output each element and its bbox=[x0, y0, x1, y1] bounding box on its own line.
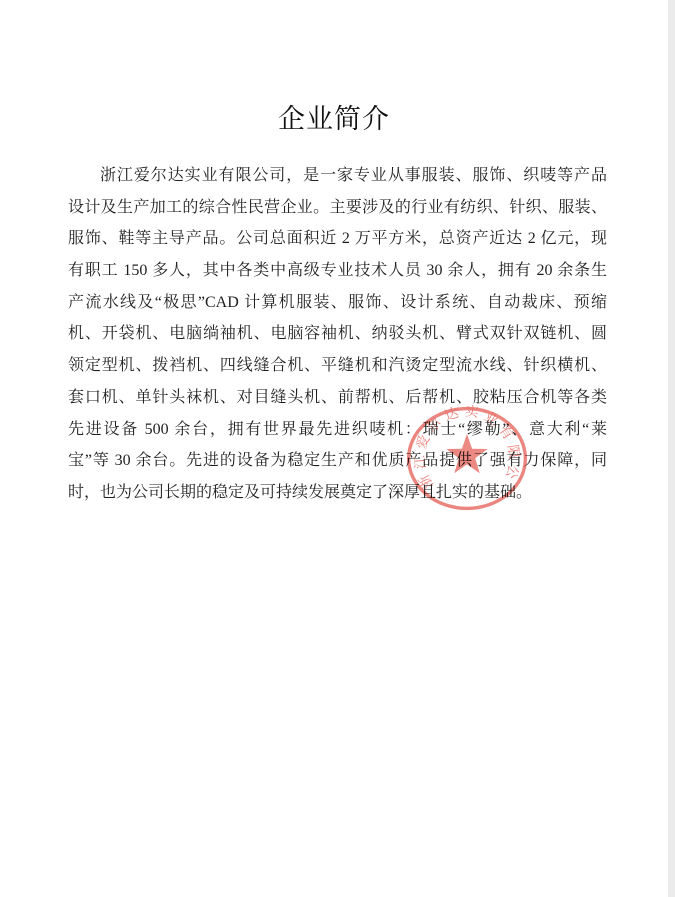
paragraph-line: 有职工 150 多人，其中各类中高级专业技术人员 30 余人，拥有 20 余条生 bbox=[68, 255, 607, 287]
paragraph-line: 产流水线及“极思”CAD 计算机服装、服饰、设计系统、自动裁床、预缩 bbox=[68, 287, 607, 319]
paragraph-line: 先进设备 500 余台，拥有世界最先进织唛机：瑞士“缪勒”、意大利“莱 bbox=[68, 414, 607, 446]
page-title: 企业简介 bbox=[0, 97, 668, 136]
paragraph-line: 套口机、单针头袜机、对目缝头机、前帮机、后帮机、胶粘压合机等各类 bbox=[68, 382, 607, 414]
paragraph-line: 设计及生产加工的综合性民营企业。主要涉及的行业有纺织、针织、服装、 bbox=[68, 192, 607, 224]
paragraph-line: 领定型机、拨裆机、四线缝合机、平缝机和汽烫定型流水线、针织横机、 bbox=[68, 350, 607, 382]
paragraph-line: 服饰、鞋等主导产品。公司总面积近 2 万平方米，总资产近达 2 亿元，现 bbox=[68, 223, 607, 255]
viewport-edge-strip bbox=[668, 0, 675, 897]
document-page: 企业简介 浙江爱尔达实业有限公司，是一家专业从事服装、服饰、织唛等产品 设计及生… bbox=[0, 0, 675, 897]
company-intro-paragraph: 浙江爱尔达实业有限公司，是一家专业从事服装、服饰、织唛等产品 设计及生产加工的综… bbox=[68, 160, 607, 509]
paragraph-line: 时，也为公司长期的稳定及可持续发展奠定了深厚且扎实的基础。 bbox=[68, 477, 607, 509]
paragraph-line: 机、开袋机、电脑绱袖机、电脑容袖机、纳驳头机、臂式双针双链机、圆 bbox=[68, 318, 607, 350]
paragraph-line: 宝”等 30 余台。先进的设备为稳定生产和优质产品提供了强有力保障，同 bbox=[68, 445, 607, 477]
paragraph-line: 浙江爱尔达实业有限公司，是一家专业从事服装、服饰、织唛等产品 bbox=[68, 160, 607, 192]
